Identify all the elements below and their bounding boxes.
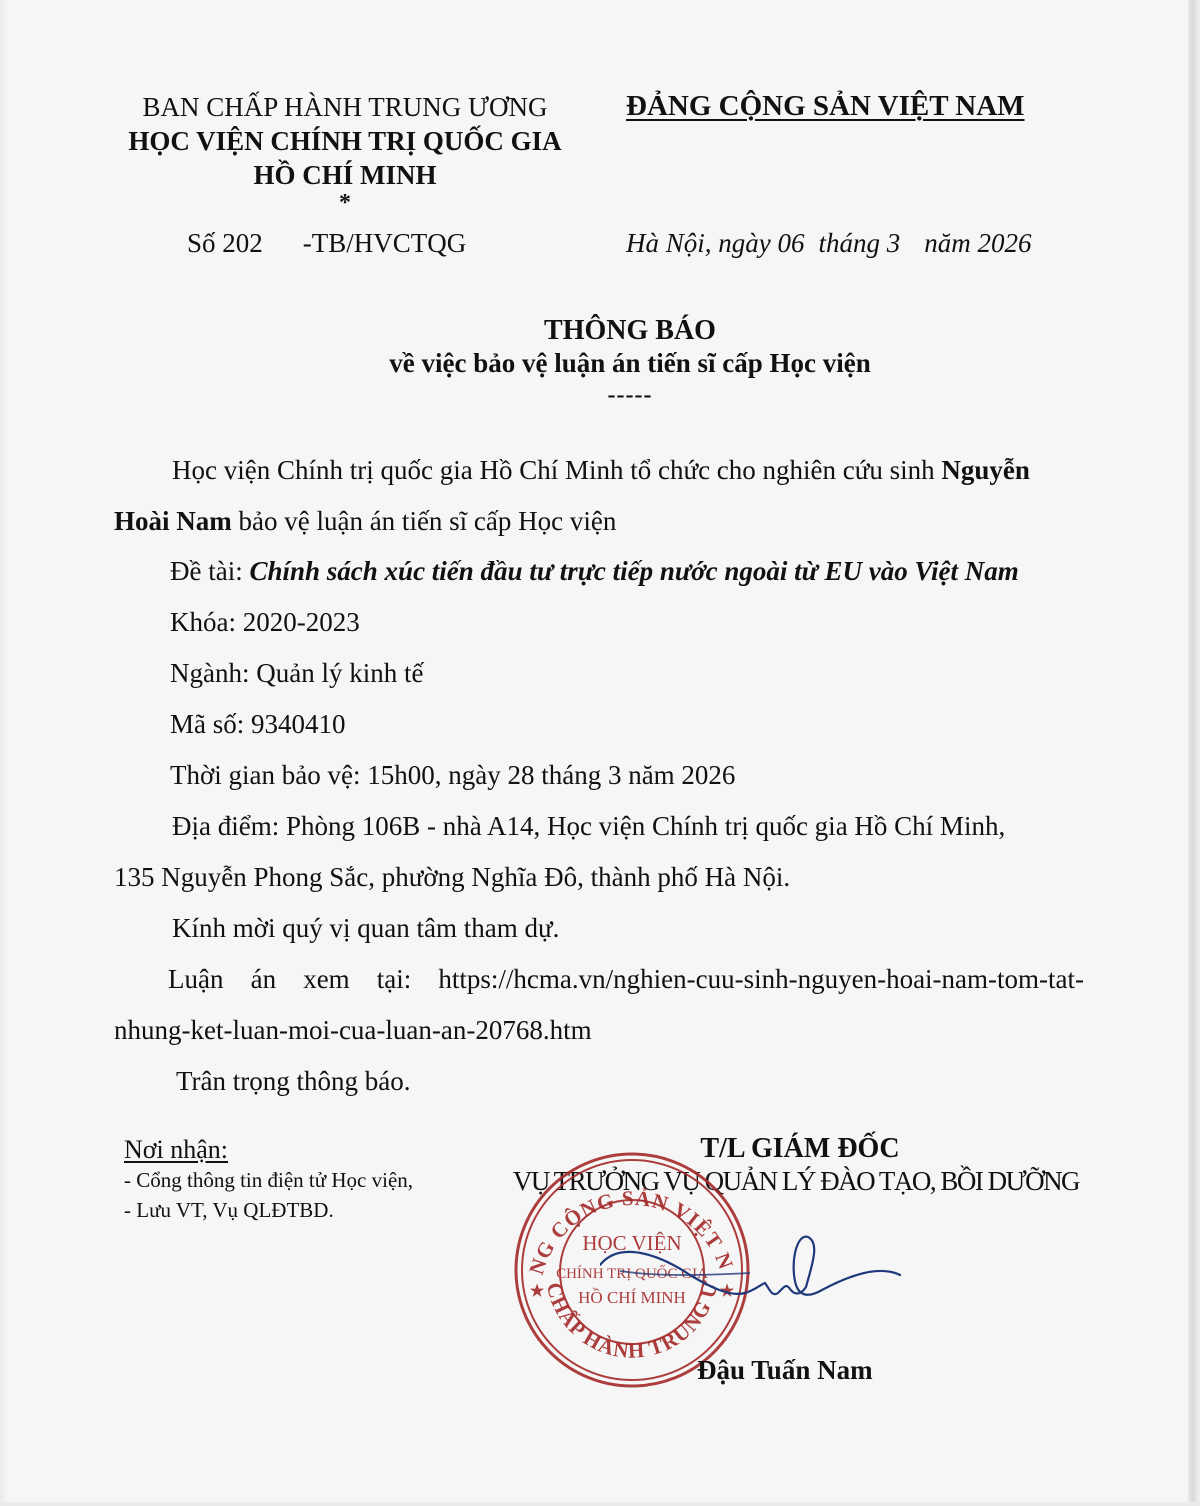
closing: Trân trọng thông báo.	[176, 1066, 411, 1097]
invitation: Kính mời quý vị quan tâm tham dự.	[172, 913, 559, 944]
handwritten-signature-icon	[600, 1235, 910, 1325]
notice-title: THÔNG BÁO	[0, 314, 1200, 348]
thesis-word: Luận	[168, 964, 223, 995]
thesis-link-line: Luận án xem tại: https://hcma.vn/nghien-…	[168, 964, 1084, 995]
major-code: Mã số: 9340410	[170, 709, 346, 740]
intro-line-1: Học viện Chính trị quốc gia Hồ Chí Minh …	[172, 455, 1030, 486]
thesis-url-continued: nhung-ket-luan-moi-cua-luan-an-20768.htm	[114, 1015, 592, 1046]
intro-line-2: Hoài Nam bảo vệ luận án tiến sĩ cấp Học …	[114, 506, 616, 537]
title-separator: -----	[0, 382, 1200, 409]
cohort: Khóa: 2020-2023	[170, 607, 360, 638]
candidate-name-rest: Hoài Nam	[114, 506, 232, 536]
page-edge-bottom	[0, 1502, 1200, 1506]
issue-date: Hà Nội, ngày 06tháng 3năm 2026	[626, 228, 1032, 259]
thesis-word: án	[251, 964, 276, 995]
thesis-url: https://hcma.vn/nghien-cuu-sinh-nguyen-h…	[438, 964, 1084, 995]
intro-end: bảo vệ luận án tiến sĩ cấp Học viện	[232, 506, 617, 536]
defense-time: Thời gian bảo vệ: 15h00, ngày 28 tháng 3…	[170, 760, 735, 791]
authority-line-3: HỒ CHÍ MINH	[110, 158, 580, 192]
date-place-day: Hà Nội, ngày 06	[626, 228, 805, 258]
major: Ngành: Quản lý kinh tế	[170, 658, 423, 689]
authority-star: *	[110, 192, 580, 214]
page-edge-left	[0, 0, 6, 1506]
document-number-prefix: Số 202	[187, 228, 263, 258]
location-line-1: Địa điểm: Phòng 106B - nhà A14, Học viện…	[172, 811, 1005, 842]
recipient-item: - Lưu VT, Vụ QLĐTBD.	[124, 1198, 334, 1223]
issuing-authority: BAN CHẤP HÀNH TRUNG ƯƠNG HỌC VIỆN CHÍNH …	[110, 90, 580, 214]
document-number: Số 202-TB/HVCTQG	[187, 228, 466, 259]
thesis-topic: Đề tài: Chính sách xúc tiến đầu tư trực …	[170, 556, 1019, 587]
topic-label: Đề tài:	[170, 556, 249, 586]
location-line-2: 135 Nguyễn Phong Sắc, phường Nghĩa Đô, t…	[114, 862, 790, 893]
signatory-name: Đậu Tuấn Nam	[697, 1355, 873, 1386]
recipient-item: - Cổng thông tin điện tử Học viện,	[124, 1168, 413, 1193]
page-edge-right	[1188, 0, 1200, 1506]
seal-star-left: ★	[530, 1283, 545, 1300]
candidate-name-first: Nguyễn	[941, 455, 1030, 485]
intro-text: Học viện Chính trị quốc gia Hồ Chí Minh …	[172, 455, 941, 485]
recipients-title: Nơi nhận:	[124, 1135, 228, 1165]
notice-subtitle: về việc bảo vệ luận án tiến sĩ cấp Học v…	[0, 348, 1200, 379]
document-number-suffix: -TB/HVCTQG	[303, 228, 467, 258]
thesis-word: xem	[303, 964, 350, 995]
party-title: ĐẢNG CỘNG SẢN VIỆT NAM	[626, 90, 1025, 123]
topic-value: Chính sách xúc tiến đầu tư trực tiếp nướ…	[249, 556, 1018, 586]
date-month: tháng 3	[819, 228, 901, 258]
thesis-word: tại:	[377, 964, 412, 995]
authority-line-1: BAN CHẤP HÀNH TRUNG ƯƠNG	[110, 90, 580, 124]
date-year: năm 2026	[924, 228, 1031, 258]
authority-line-2: HỌC VIỆN CHÍNH TRỊ QUỐC GIA	[110, 124, 580, 158]
